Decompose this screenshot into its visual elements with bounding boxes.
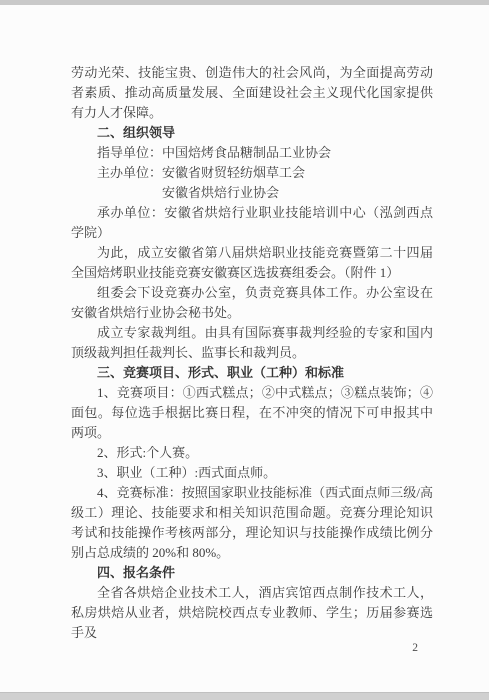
paragraph: 全省各烘焙企业技术工人，酒店宾馆西点制作技术工人，私房烘焙从业者，烘焙院校西点专… bbox=[71, 583, 433, 643]
paragraph: 1、竞赛项目：①西式糕点；②中式糕点；③糕点装饰；④面包。每位选手根据比赛日程，… bbox=[71, 383, 433, 443]
section-heading: 二、组织领导 bbox=[71, 123, 433, 143]
paragraph: 为此，成立安徽省第八届烘焙职业技能竞赛暨第二十四届全国焙烤职业技能竞赛安徽赛区选… bbox=[71, 243, 433, 283]
paragraph: 承办单位：安徽省烘焙行业职业技能培训中心（泓剑西点学院） bbox=[71, 203, 433, 243]
paragraph: 2、形式:个人赛。 bbox=[71, 443, 433, 463]
paragraph: 安徽省烘焙行业协会 bbox=[71, 183, 433, 203]
document-body: 劳动光荣、技能宝贵、创造伟大的社会风尚，为全面提高劳动者素质、推动高质量发展、全… bbox=[71, 63, 433, 643]
scan-edge-bottom bbox=[0, 692, 489, 700]
paragraph: 成立专家裁判组。由具有国际赛事裁判经验的专家和国内顶级裁判担任裁判长、监事长和裁… bbox=[71, 323, 433, 363]
section-heading: 四、报名条件 bbox=[71, 563, 433, 583]
paragraph: 主办单位：安徽省财贸轻纺烟草工会 bbox=[71, 163, 433, 183]
scanned-document-page: 劳动光荣、技能宝贵、创造伟大的社会风尚，为全面提高劳动者素质、推动高质量发展、全… bbox=[0, 0, 489, 700]
paragraph: 4、竞赛标准：按照国家职业技能标准（西式面点师三级/高级工）理论、技能要求和相关… bbox=[71, 483, 433, 563]
scan-edge-top bbox=[0, 0, 489, 5]
paragraph: 劳动光荣、技能宝贵、创造伟大的社会风尚，为全面提高劳动者素质、推动高质量发展、全… bbox=[71, 63, 433, 123]
paragraph: 指导单位：中国焙烤食品糖制品工业协会 bbox=[71, 143, 433, 163]
paragraph: 3、职业（工种）:西式面点师。 bbox=[71, 463, 433, 483]
paragraph: 组委会下设竞赛办公室，负责竞赛具体工作。办公室设在安徽省烘焙行业协会秘书处。 bbox=[71, 283, 433, 323]
page-number: 2 bbox=[412, 641, 418, 655]
section-heading: 三、竞赛项目、形式、职业（工种）和标准 bbox=[71, 363, 433, 383]
